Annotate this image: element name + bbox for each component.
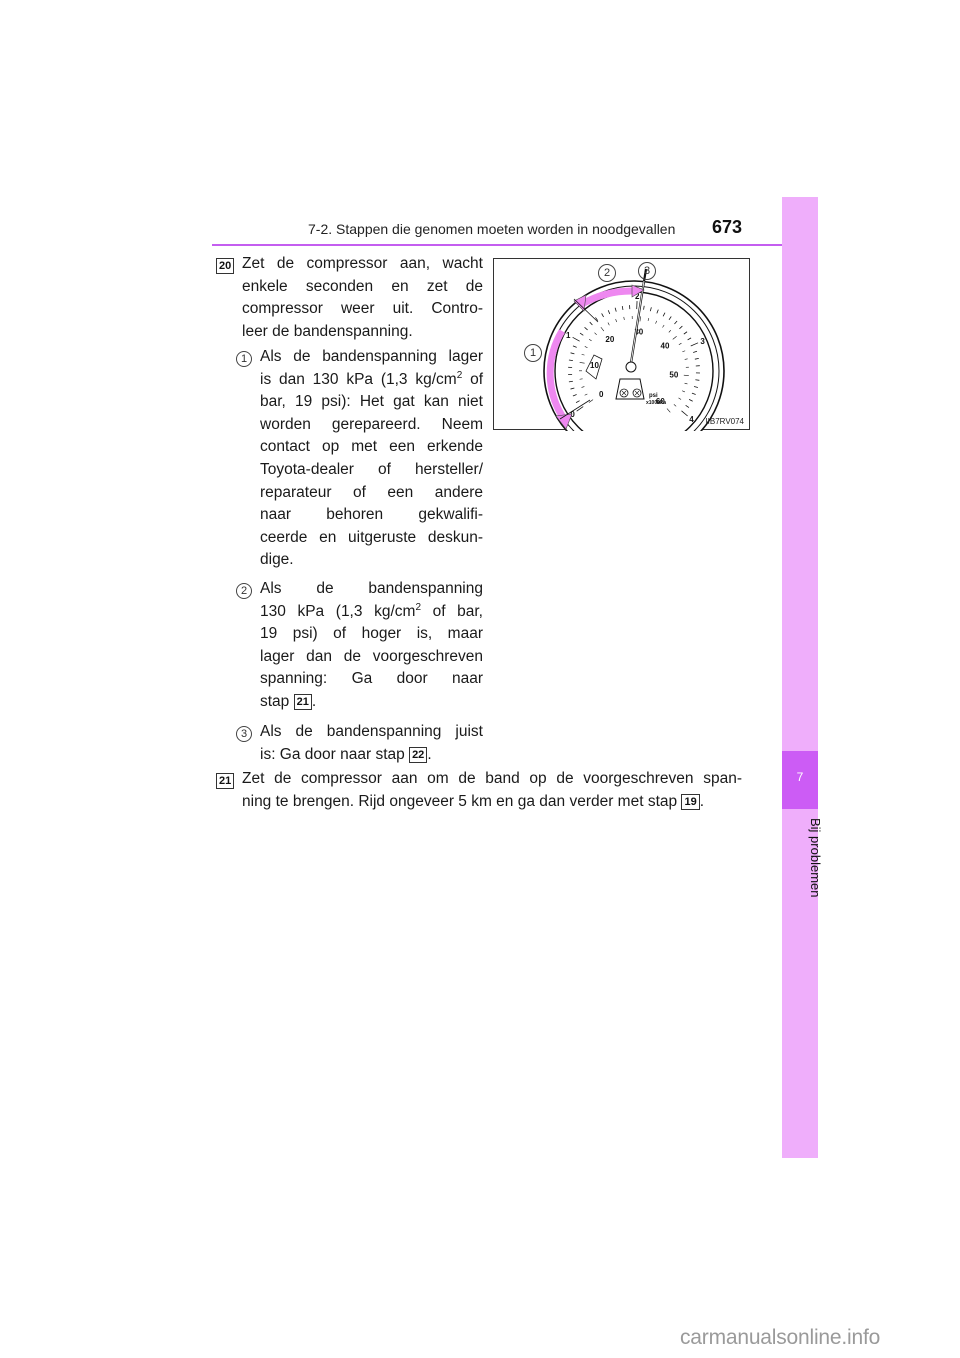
header-divider <box>212 244 818 246</box>
text-line: stap 21. <box>260 691 483 714</box>
svg-text:psi: psi <box>649 393 658 399</box>
figure-code: IIB7RV074 <box>705 417 744 426</box>
text-line: Als de bandenspanning <box>260 578 483 601</box>
text-line: reparateur of een andere <box>260 482 483 505</box>
svg-text:x100kPa: x100kPa <box>646 400 666 406</box>
svg-text:10: 10 <box>590 361 599 370</box>
circled-number-2: 2 <box>236 583 252 599</box>
text-line: dige. <box>260 549 483 572</box>
text-fragment: of <box>462 371 483 388</box>
chapter-title: Bij problemen <box>808 818 823 898</box>
watermark: carmanualsonline.info <box>680 1326 880 1350</box>
text-fragment: is dan 130 kPa (1,3 kg/cm <box>260 371 457 388</box>
text-line: compressor weer uit. Contro- <box>242 298 483 321</box>
page-number: 673 <box>712 217 742 238</box>
svg-text:50: 50 <box>669 370 678 379</box>
chapter-sidebar <box>782 197 818 1158</box>
step-ref-badge[interactable]: 21 <box>294 694 312 710</box>
svg-text:1: 1 <box>566 331 571 340</box>
text-line: enkele seconden en zet de <box>242 276 483 299</box>
text-fragment: stap <box>260 693 289 710</box>
text-line: is: Ga door naar stap 22. <box>260 744 483 767</box>
text-line: ceerde en uitgeruste deskun- <box>260 527 483 550</box>
svg-text:4: 4 <box>689 415 694 424</box>
svg-text:40: 40 <box>661 342 670 351</box>
figure-callout-3: 3 <box>638 262 656 280</box>
text-line: 19 psi) of hoger is, maar <box>260 623 483 646</box>
text-line: bar, 19 psi): Het gat kan niet <box>260 391 483 414</box>
text-line: lager dan de voorgeschreven <box>260 646 483 669</box>
text-line: Toyota-dealer of hersteller/ <box>260 459 483 482</box>
figure-callout-2: 2 <box>598 264 616 282</box>
text-line: Als de bandenspanning juist <box>260 721 483 744</box>
text-fragment: 130 kPa (1,3 kg/cm <box>260 603 415 620</box>
step-ref-badge[interactable]: 19 <box>681 794 699 810</box>
substep-text: Als de bandenspanning 130 kPa (1,3 kg/cm… <box>260 578 483 714</box>
text-line: naar behoren gekwalifi- <box>260 504 483 527</box>
chapter-number: 7 <box>782 770 818 784</box>
text-line: ning te brengen. Rijd ongeveer 5 km en g… <box>242 791 742 814</box>
substep-text: Als de bandenspanning lager is dan 130 k… <box>260 346 483 572</box>
svg-text:20: 20 <box>605 335 614 344</box>
step-text: Zet de compressor aan om de band op de v… <box>242 768 742 813</box>
text-line: Als de bandenspanning lager <box>260 346 483 369</box>
substep-text: Als de bandenspanning juist is: Ga door … <box>260 721 483 766</box>
text-fragment: ning te brengen. Rijd ongeveer 5 km en g… <box>242 793 677 810</box>
figure-callout-1: 1 <box>524 344 542 362</box>
circled-number-3: 3 <box>236 726 252 742</box>
text-fragment: of bar, <box>421 603 483 620</box>
text-line: is dan 130 kPa (1,3 kg/cm2 of <box>260 369 483 392</box>
step-ref-badge[interactable]: 22 <box>409 747 427 763</box>
pressure-gauge-figure: 012340102030405060psix100kPa 1 2 3 IIB7R… <box>493 258 750 430</box>
svg-text:3: 3 <box>700 337 705 346</box>
step-badge: 20 <box>216 258 234 274</box>
svg-text:0: 0 <box>599 390 604 399</box>
text-line: worden gerepareerd. Neem <box>260 414 483 437</box>
chapter-tab[interactable]: 7 <box>782 751 818 809</box>
text-line: contact op met een erkende <box>260 436 483 459</box>
step-text: Zet de compressor aan, wacht enkele seco… <box>242 253 483 343</box>
text-fragment: is: Ga door naar stap <box>260 746 405 763</box>
text-line: 130 kPa (1,3 kg/cm2 of bar, <box>260 601 483 624</box>
section-title: 7-2. Stappen die genomen moeten worden i… <box>308 221 675 237</box>
step-badge: 21 <box>216 773 234 789</box>
text-line: Zet de compressor aan, wacht <box>242 253 483 276</box>
text-line: spanning: Ga door naar <box>260 668 483 691</box>
text-line: Zet de compressor aan om de band op de v… <box>242 768 742 791</box>
circled-number-1: 1 <box>236 351 252 367</box>
text-line: leer de bandenspanning. <box>242 321 483 344</box>
